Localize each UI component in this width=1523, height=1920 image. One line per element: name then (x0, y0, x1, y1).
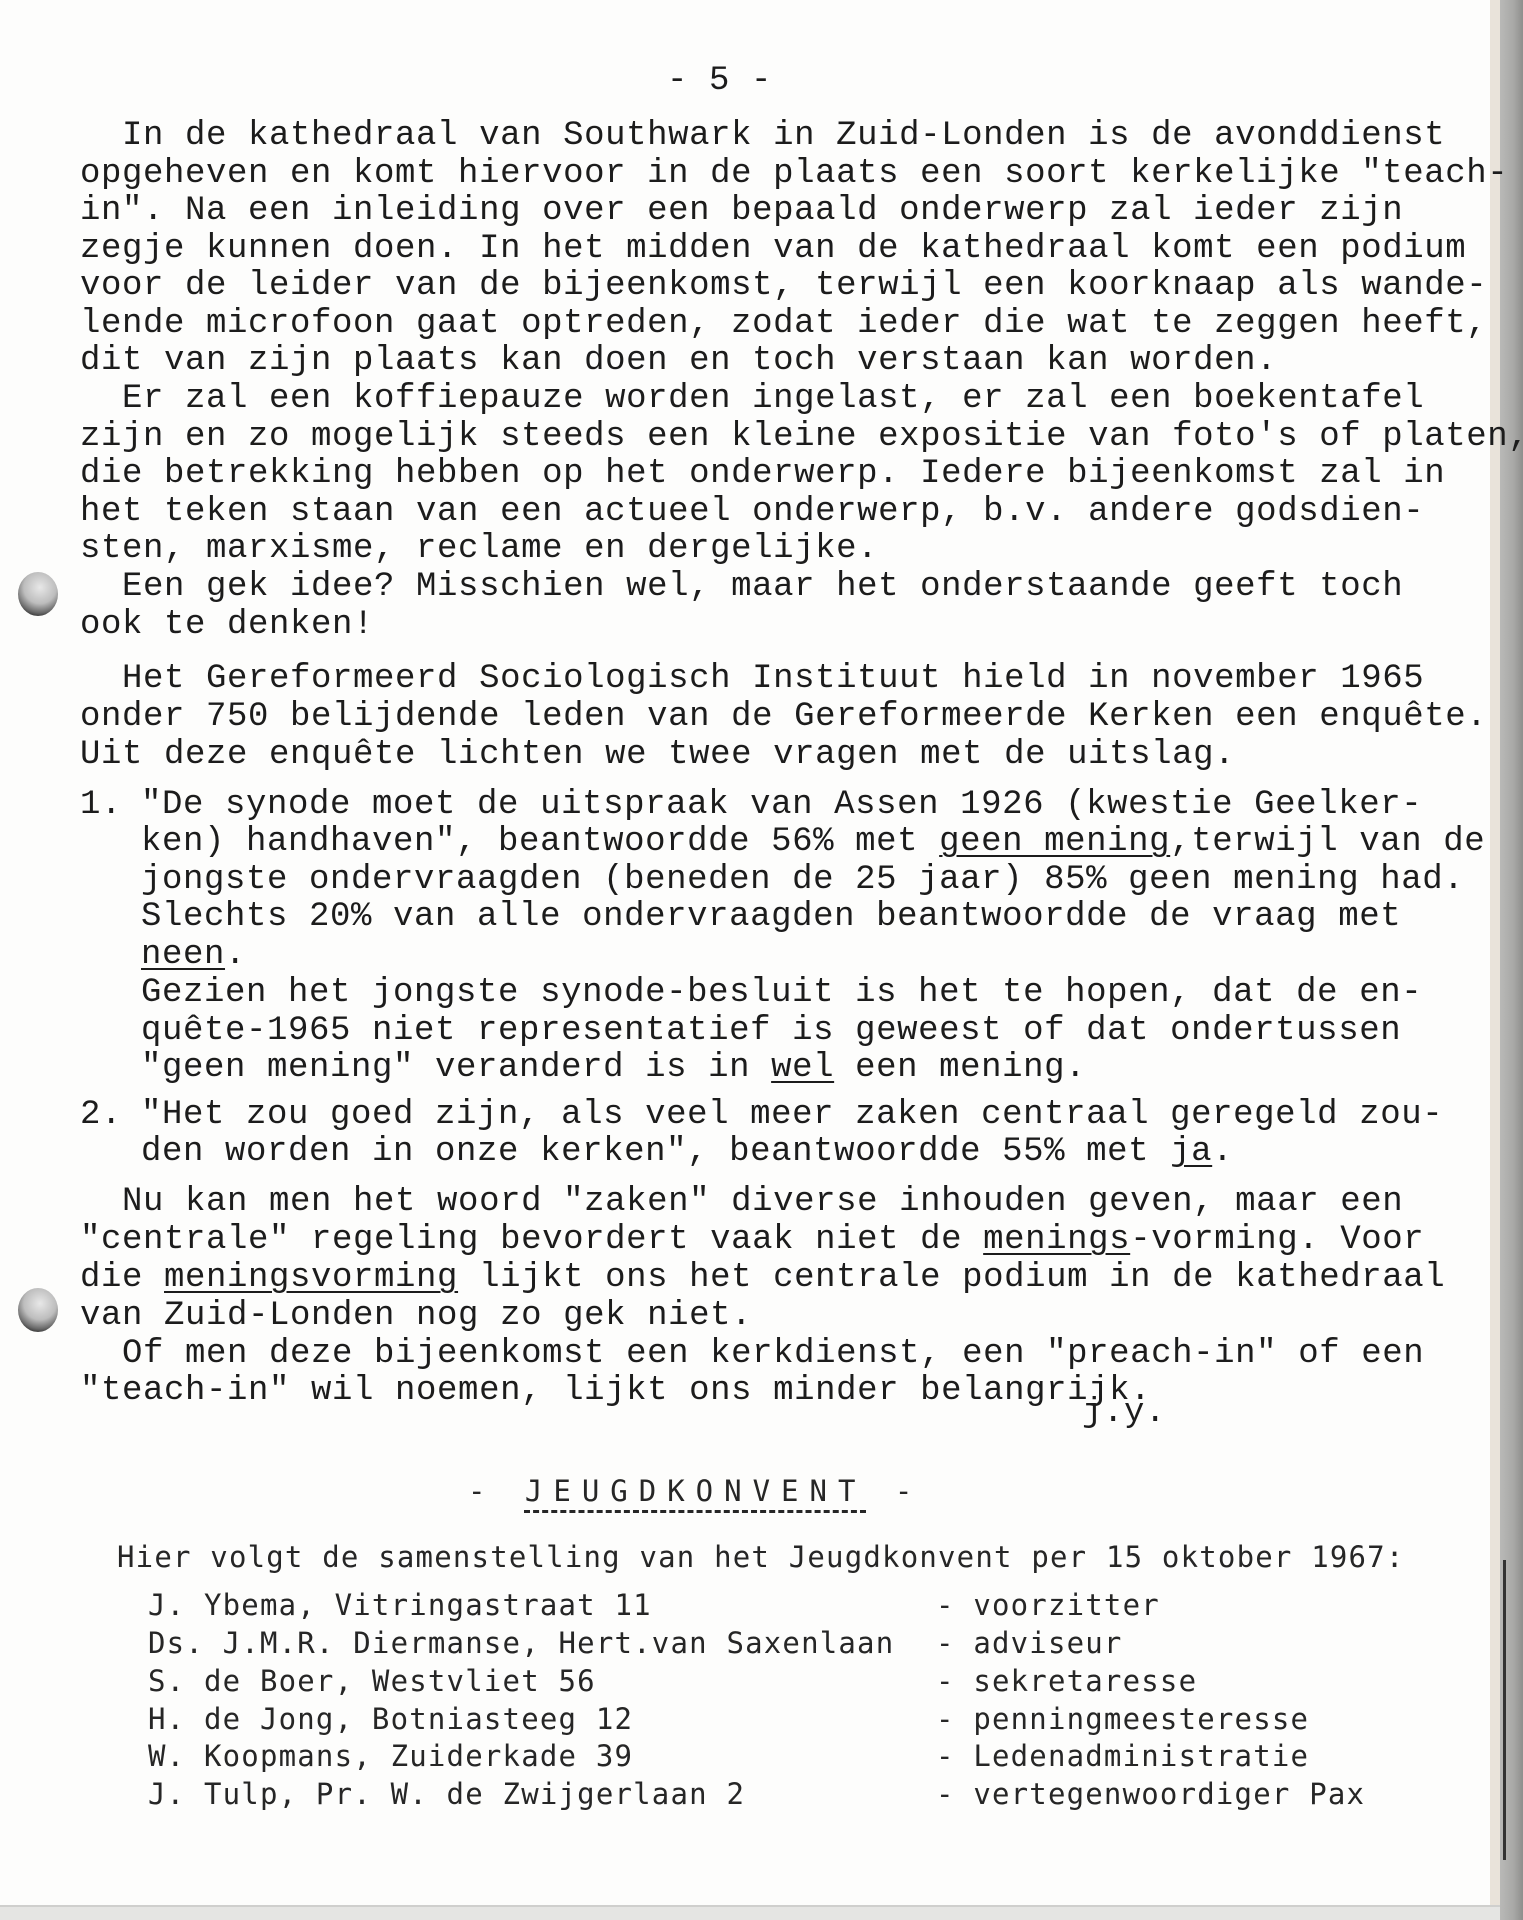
text-line: ook te denken! (80, 606, 374, 644)
page-number: - 5 - (667, 62, 772, 100)
text-line: den worden in onze kerken", beantwoordde… (141, 1133, 1233, 1171)
underlined-text: meningsvorming (164, 1259, 458, 1297)
text-line: "De synode moet de uitspraak van Assen 1… (141, 786, 1422, 824)
text-span: "geen mening" veranderd is in (141, 1049, 771, 1087)
member-name-address: W. Koopmans, Zuiderkade 39 (148, 1737, 633, 1775)
text-line: Het Gereformeerd Sociologisch Instituut … (80, 660, 1424, 698)
text-line: ken) handhaven", beantwoordde 56% met ge… (141, 823, 1485, 861)
text-line: opgeheven en komt hiervoor in de plaats … (80, 155, 1508, 193)
underlined-text: geen mening (939, 823, 1170, 861)
text-line: Nu kan men het woord "zaken" diverse inh… (80, 1183, 1403, 1221)
underlined-text: wel (771, 1049, 834, 1087)
heading-text: JEUGDKONVENT (525, 1474, 867, 1508)
member-role: - vertegenwoordiger Pax (936, 1775, 1365, 1813)
text-line: sten, marxisme, reclame en dergelijke. (80, 530, 878, 568)
text-line: Gezien het jongste synode-besluit is het… (141, 974, 1422, 1012)
underlined-text: menings (983, 1221, 1130, 1259)
member-role: - Ledenadministratie (936, 1737, 1309, 1775)
text-line: van Zuid-Londen nog zo gek niet. (80, 1297, 752, 1335)
punch-hole-icon (18, 572, 58, 616)
author-signature: j.y. (1082, 1394, 1166, 1432)
text-line: quête-1965 niet representatief is gewees… (141, 1012, 1401, 1050)
text-line: "centrale" regeling bevordert vaak niet … (80, 1221, 1424, 1259)
text-line: Slechts 20% van alle ondervraagden beant… (141, 898, 1401, 936)
text-line: zijn en zo mogelijk steeds een kleine ex… (80, 418, 1523, 456)
member-role: - voorzitter (936, 1586, 1160, 1624)
text-line: neen. (141, 936, 246, 974)
member-name-address: J. Ybema, Vitringastraat 11 (148, 1586, 652, 1624)
text-line: zegje kunnen doen. In het midden van de … (80, 230, 1466, 268)
text-span: . (1212, 1133, 1233, 1171)
text-line: die meningsvorming lijkt ons het central… (80, 1259, 1445, 1297)
binding-shadow (1503, 1560, 1506, 1860)
member-name-address: Ds. J.M.R. Diermanse, Hert.van Saxenlaan (148, 1624, 894, 1662)
text-span: . (225, 936, 246, 974)
text-span: ken) handhaven", beantwoordde 56% met (141, 823, 939, 861)
text-span: "centrale" regeling bevordert vaak niet … (80, 1221, 983, 1259)
section-intro: Hier volgt de samenstelling van het Jeug… (117, 1538, 1405, 1576)
text-line: "geen mening" veranderd is in wel een me… (141, 1049, 1086, 1087)
member-role: - sekretaresse (936, 1662, 1197, 1700)
text-line: "Het zou goed zijn, als veel meer zaken … (141, 1096, 1443, 1134)
text-span: ,terwijl van de (1170, 823, 1485, 861)
underlined-text: neen (141, 936, 225, 974)
underlined-text: ja (1170, 1133, 1212, 1171)
text-line: dit van zijn plaats kan doen en toch ver… (80, 342, 1277, 380)
text-span: -vorming. Voor (1130, 1221, 1424, 1259)
section-heading: - JEUGDKONVENT - (468, 1472, 923, 1510)
member-name-address: H. de Jong, Botniasteeg 12 (148, 1700, 633, 1738)
text-line: voor de leider van de bijeenkomst, terwi… (80, 267, 1487, 305)
member-name-address: J. Tulp, Pr. W. de Zwijgerlaan 2 (148, 1775, 745, 1813)
question-number: 1. (80, 786, 122, 824)
page-bottom-edge (0, 1905, 1500, 1920)
punch-hole-icon (18, 1288, 58, 1332)
text-span: een mening. (834, 1049, 1086, 1087)
member-role: - penningmeesteresse (936, 1700, 1309, 1738)
text-line: onder 750 belijdende leden van de Gerefo… (80, 698, 1487, 736)
text-span: lijkt ons het centrale podium in de kath… (458, 1259, 1445, 1297)
text-span: die (80, 1259, 164, 1297)
text-line: in". Na een inleiding over een bepaald o… (80, 192, 1403, 230)
text-line: lende microfoon gaat optreden, zodat ied… (80, 305, 1487, 343)
text-line: Er zal een koffiepauze worden ingelast, … (80, 380, 1424, 418)
question-number: 2. (80, 1096, 122, 1134)
member-name-address: S. de Boer, Westvliet 56 (148, 1662, 596, 1700)
member-role: - adviseur (936, 1624, 1123, 1662)
text-span: den worden in onze kerken", beantwoordde… (141, 1133, 1170, 1171)
heading-dash: - (866, 1474, 923, 1508)
text-line: In de kathedraal van Southwark in Zuid-L… (80, 117, 1445, 155)
text-line: Een gek idee? Misschien wel, maar het on… (80, 568, 1403, 606)
text-line: "teach-in" wil noemen, lijkt ons minder … (80, 1372, 1151, 1410)
text-line: het teken staan van een actueel onderwer… (80, 493, 1424, 531)
text-line: die betrekking hebben op het onderwerp. … (80, 455, 1445, 493)
text-line: jongste ondervraagden (beneden de 25 jaa… (141, 861, 1464, 899)
text-line: Uit deze enquête lichten we twee vragen … (80, 736, 1235, 774)
text-line: Of men deze bijeenkomst een kerkdienst, … (80, 1335, 1424, 1373)
heading-dash: - (468, 1474, 525, 1508)
page-edge (1490, 0, 1500, 1920)
